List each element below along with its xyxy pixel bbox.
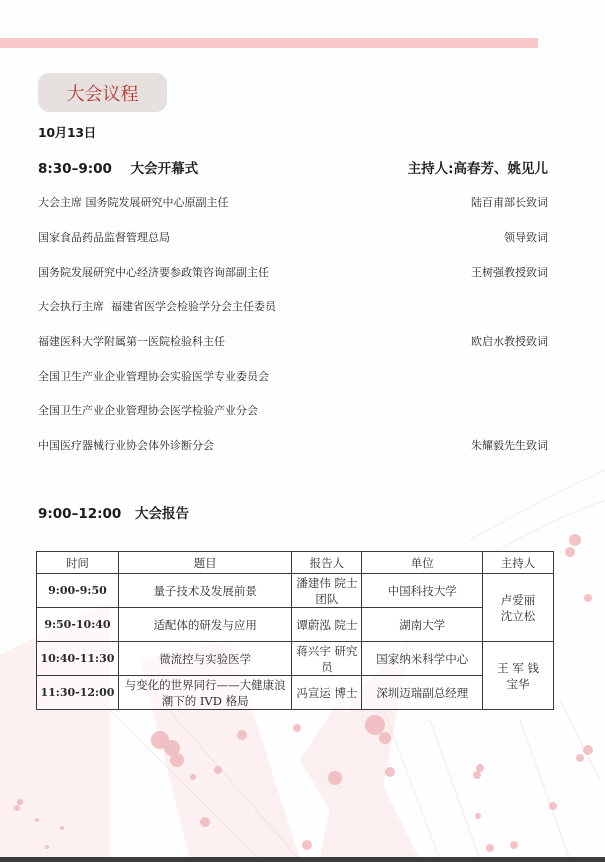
- cell-host: 卢爱丽 沈立松: [483, 574, 554, 642]
- row-affiliation: 大会执行主席 福建省医学会检验学分会主任委员: [38, 298, 276, 314]
- table-row: 9:50-10:40 适配体的研发与应用 谭蔚泓 院士 湖南大学: [37, 608, 554, 642]
- row-affiliation: 国家食品药品监督管理总局: [38, 229, 170, 245]
- header-topic: 题目: [118, 552, 292, 574]
- agenda-row: 大会主席 国务院发展研究中心原副主任 陆百甫部长致词: [38, 194, 548, 210]
- cell-time: 9:50-10:40: [37, 608, 119, 642]
- table-row: 9:00-9:50 量子技术及发展前景 潘建伟 院士团队 中国科技大学 卢爱丽 …: [37, 574, 554, 608]
- row-affiliation: 全国卫生产业企业管理协会医学检验产业分会: [38, 402, 258, 418]
- opening-time: 8:30–9:00: [38, 161, 112, 177]
- cell-org: 湖南大学: [362, 608, 483, 642]
- agenda-row: 国家食品药品监督管理总局 领导致词: [38, 229, 548, 245]
- cell-time: 9:00-9:50: [37, 574, 119, 608]
- row-affiliation: 中国医疗器械行业协会体外诊断分会: [38, 437, 214, 453]
- row-affiliation: 全国卫生产业企业管理协会实验医学专业委员会: [38, 368, 269, 384]
- cell-speaker: 潘建伟 院士团队: [292, 574, 362, 608]
- cell-topic: 适配体的研发与应用: [118, 608, 292, 642]
- cell-speaker: 冯宣运 博士: [292, 676, 362, 710]
- table-header-row: 时间 题目 报告人 单位 主持人: [37, 552, 554, 574]
- cell-time: 10:40-11:30: [37, 642, 119, 676]
- row-speech: 王树强教授致词: [471, 264, 548, 280]
- header-time: 时间: [37, 552, 119, 574]
- header-speaker: 报告人: [292, 552, 362, 574]
- agenda-row: 国务院发展研究中心经济要参政策咨询部副主任 王树强教授致词: [38, 264, 548, 280]
- header-org: 单位: [362, 552, 483, 574]
- cell-topic: 量子技术及发展前景: [118, 574, 292, 608]
- row-speech: 领导致词: [504, 229, 548, 245]
- cell-org: 中国科技大学: [362, 574, 483, 608]
- cell-time: 11:30-12:00: [37, 676, 119, 710]
- opening-host: 主持人:高春芳、姚见儿: [408, 157, 548, 177]
- cell-speaker: 蒋兴宇 研究员: [292, 642, 362, 676]
- cell-org: 国家纳米科学中心: [362, 642, 483, 676]
- row-affiliation: 国务院发展研究中心经济要参政策咨询部副主任: [38, 264, 269, 280]
- cell-speaker: 谭蔚泓 院士: [292, 608, 362, 642]
- opening-title: 大会开幕式: [131, 161, 199, 177]
- report-title: 大会报告: [135, 506, 189, 522]
- row-speech: 朱耀毅先生致词: [471, 437, 548, 453]
- header-host: 主持人: [483, 552, 554, 574]
- report-session-header: 9:00–12:00 大会报告: [38, 502, 189, 522]
- opening-session-header: 8:30–9:00 大会开幕式 主持人:高春芳、姚见儿: [38, 157, 548, 177]
- table-row: 10:40-11:30 微流控与实验医学 蒋兴宇 研究员 国家纳米科学中心 王 …: [37, 642, 554, 676]
- agenda-row: 全国卫生产业企业管理协会实验医学专业委员会: [38, 368, 548, 384]
- row-speech: 欧启水教授致词: [471, 333, 548, 349]
- agenda-row: 全国卫生产业企业管理协会医学检验产业分会: [38, 402, 548, 418]
- agenda-row: 中国医疗器械行业协会体外诊断分会 朱耀毅先生致词: [38, 437, 548, 453]
- row-affiliation: 福建医科大学附属第一医院检验科主任: [38, 333, 225, 349]
- agenda-row: 福建医科大学附属第一医院检验科主任 欧启水教授致词: [38, 333, 548, 349]
- top-accent-bar: [0, 38, 538, 48]
- cell-host: 王 军 钱宝华: [483, 642, 554, 710]
- cell-topic: 与变化的世界同行——大健康浪潮下的 IVD 格局: [118, 676, 292, 710]
- table-row: 11:30-12:00 与变化的世界同行——大健康浪潮下的 IVD 格局 冯宣运…: [37, 676, 554, 710]
- cell-org: 深圳迈瑞副总经理: [362, 676, 483, 710]
- report-schedule-table: 时间 题目 报告人 单位 主持人 9:00-9:50 量子技术及发展前景 潘建伟…: [36, 551, 554, 710]
- section-title: 大会议程: [38, 73, 167, 112]
- cell-topic: 微流控与实验医学: [118, 642, 292, 676]
- date-label: 10月13日: [38, 123, 96, 141]
- row-affiliation: 大会主席 国务院发展研究中心原副主任: [38, 194, 229, 210]
- row-speech: 陆百甫部长致词: [471, 194, 548, 210]
- agenda-row: 大会执行主席 福建省医学会检验学分会主任委员: [38, 298, 548, 314]
- report-time: 9:00–12:00: [38, 506, 121, 522]
- bottom-bar: [0, 857, 605, 862]
